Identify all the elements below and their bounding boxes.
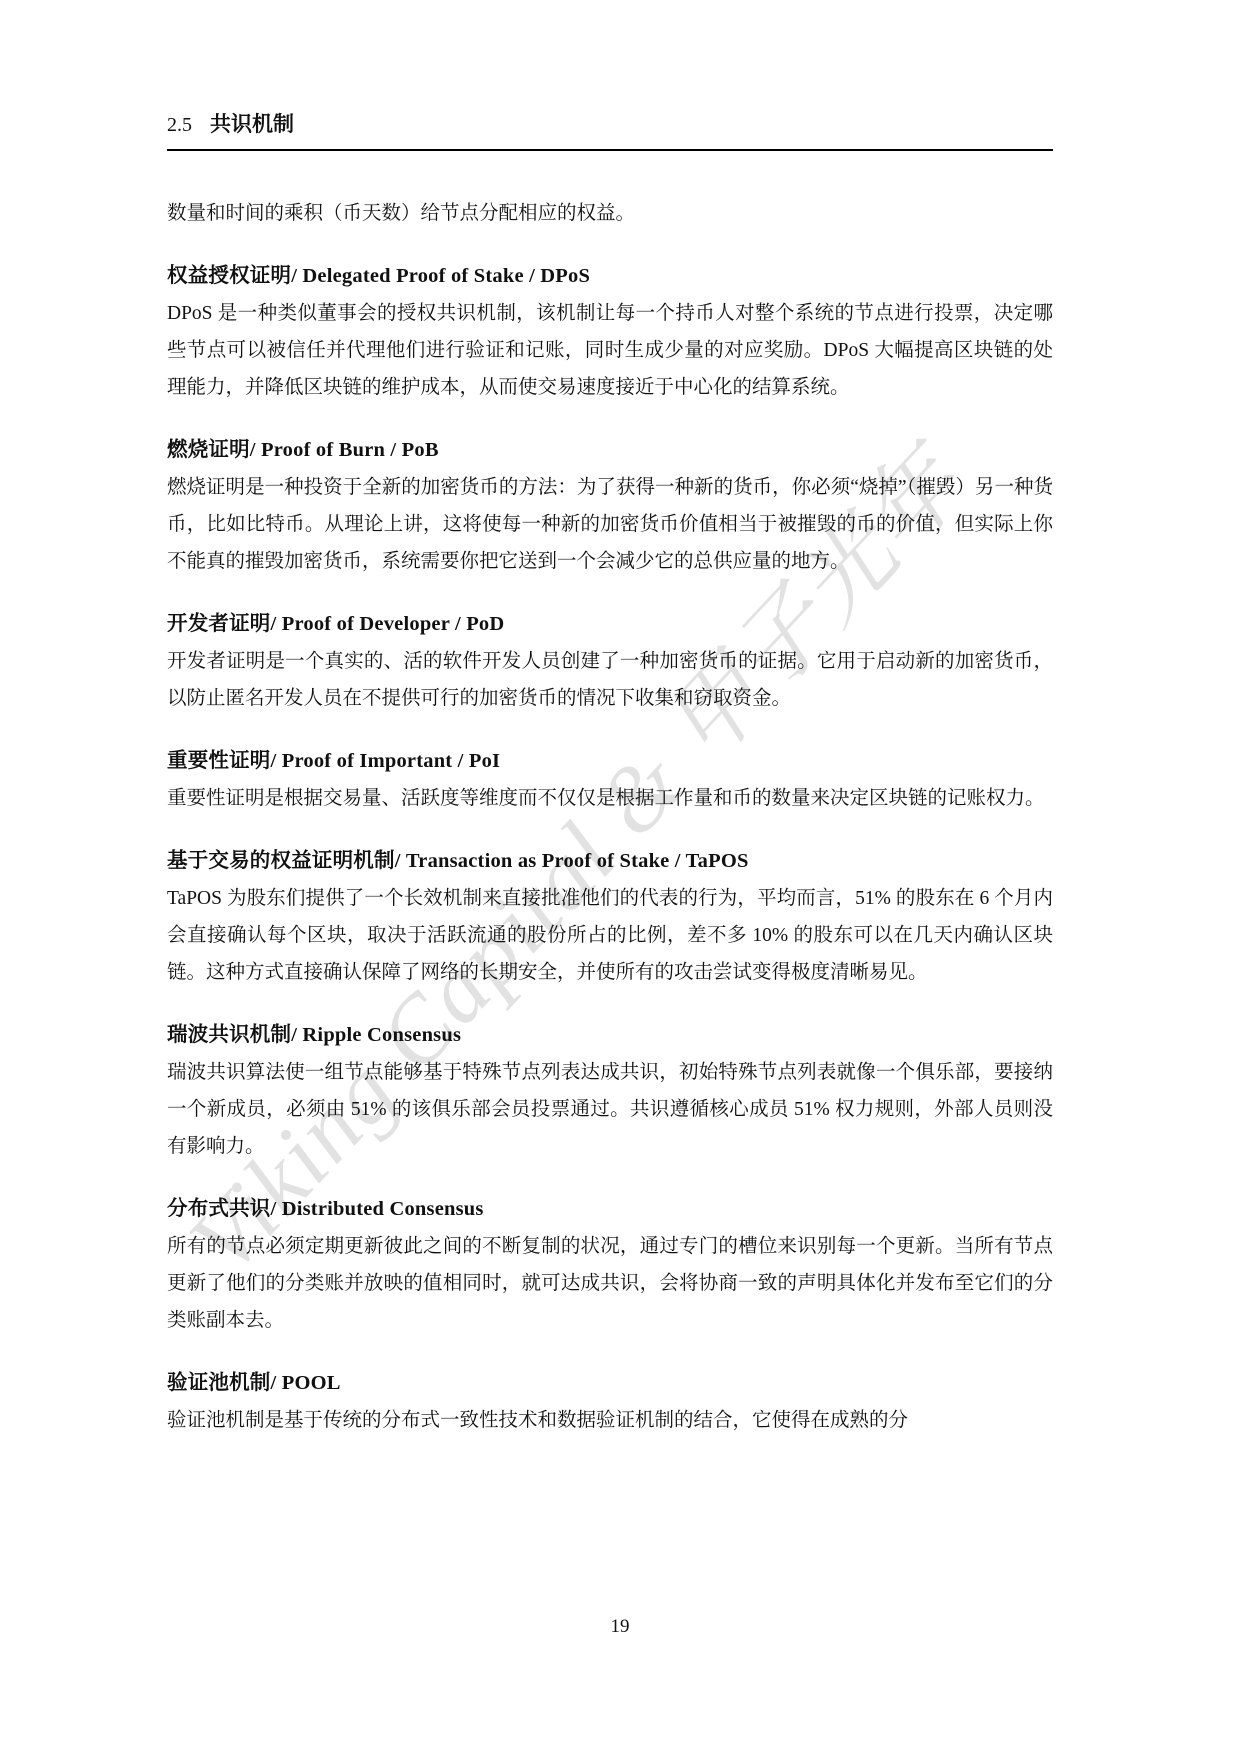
section-heading: 燃烧证明/ Proof of Burn / PoB bbox=[167, 432, 1053, 462]
section-body: TaPOS 为股东们提供了一个长效机制来直接批准他们的代表的行为，平均而言，51… bbox=[167, 880, 1053, 991]
section-heading: 权益授权证明/ Delegated Proof of Stake / DPoS bbox=[167, 258, 1053, 288]
section-pod: 开发者证明/ Proof of Developer / PoD 开发者证明是一个… bbox=[167, 606, 1053, 717]
section-dpos: 权益授权证明/ Delegated Proof of Stake / DPoS … bbox=[167, 258, 1053, 406]
section-body: 验证池机制是基于传统的分布式一致性技术和数据验证机制的结合，它使得在成熟的分 bbox=[167, 1402, 1053, 1439]
section-heading: 分布式共识/ Distributed Consensus bbox=[167, 1191, 1053, 1221]
section-heading: 瑞波共识机制/ Ripple Consensus bbox=[167, 1017, 1053, 1047]
section-poi: 重要性证明/ Proof of Important / PoI 重要性证明是根据… bbox=[167, 743, 1053, 817]
page-number: 19 bbox=[0, 1616, 1240, 1638]
section-heading: 开发者证明/ Proof of Developer / PoD bbox=[167, 606, 1053, 636]
section-ripple-consensus: 瑞波共识机制/ Ripple Consensus 瑞波共识算法使一组节点能够基于… bbox=[167, 1017, 1053, 1165]
document-page: Viking Capital & 甲子光年 2.5 共识机制 数量和时间的乘积（… bbox=[0, 0, 1240, 1754]
section-pob: 燃烧证明/ Proof of Burn / PoB 燃烧证明是一种投资于全新的加… bbox=[167, 432, 1053, 580]
section-number: 2.5 bbox=[167, 114, 192, 137]
section-heading: 验证池机制/ POOL bbox=[167, 1365, 1053, 1395]
section-body: 燃烧证明是一种投资于全新的加密货币的方法：为了获得一种新的货币，你必须“烧掉”（… bbox=[167, 469, 1053, 580]
section-heading: 基于交易的权益证明机制/ Transaction as Proof of Sta… bbox=[167, 843, 1053, 873]
page-content: 2.5 共识机制 数量和时间的乘积（币天数）给节点分配相应的权益。 权益授权证明… bbox=[167, 108, 1053, 1439]
section-body: DPoS 是一种类似董事会的授权共识机制，该机制让每一个持币人对整个系统的节点进… bbox=[167, 295, 1053, 406]
section-pool: 验证池机制/ POOL 验证池机制是基于传统的分布式一致性技术和数据验证机制的结… bbox=[167, 1365, 1053, 1439]
section-distributed-consensus: 分布式共识/ Distributed Consensus 所有的节点必须定期更新… bbox=[167, 1191, 1053, 1339]
section-title: 共识机制 bbox=[210, 108, 294, 138]
section-body: 瑞波共识算法使一组节点能够基于特殊节点列表达成共识，初始特殊节点列表就像一个俱乐… bbox=[167, 1054, 1053, 1165]
running-header: 2.5 共识机制 bbox=[167, 108, 1053, 151]
section-body: 开发者证明是一个真实的、活的软件开发人员创建了一种加密货币的证据。它用于启动新的… bbox=[167, 643, 1053, 717]
intro-paragraph: 数量和时间的乘积（币天数）给节点分配相应的权益。 bbox=[167, 195, 1053, 232]
section-body: 重要性证明是根据交易量、活跃度等维度而不仅仅是根据工作量和币的数量来决定区块链的… bbox=[167, 780, 1053, 817]
section-tapos: 基于交易的权益证明机制/ Transaction as Proof of Sta… bbox=[167, 843, 1053, 991]
section-heading: 重要性证明/ Proof of Important / PoI bbox=[167, 743, 1053, 773]
section-body: 所有的节点必须定期更新彼此之间的不断复制的状况，通过专门的槽位来识别每一个更新。… bbox=[167, 1228, 1053, 1339]
